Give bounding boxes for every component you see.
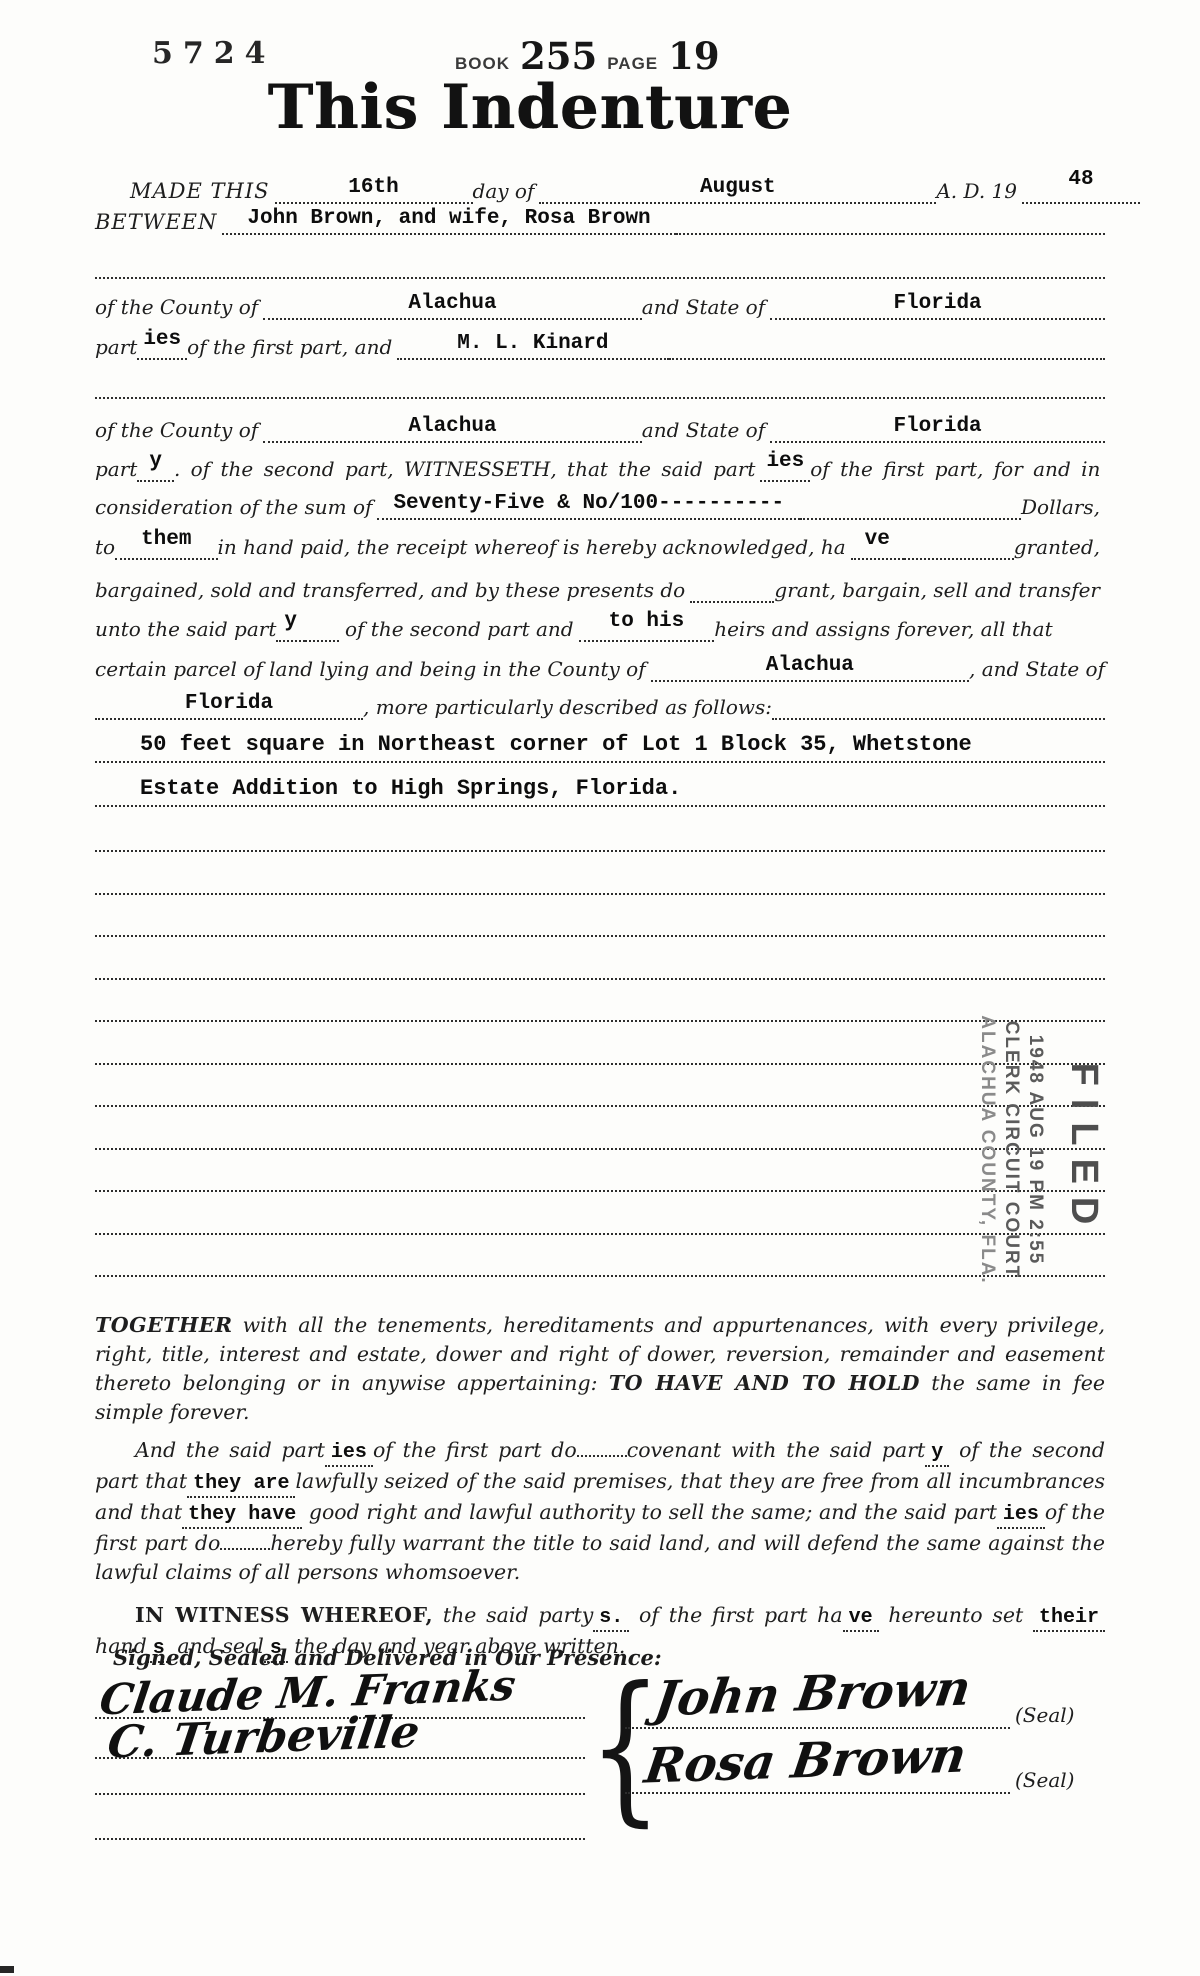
and-state-of-label: and State of <box>642 418 770 443</box>
grant-label: grant, bargain, sell and transfer <box>774 578 1105 603</box>
bargained-line: bargained, sold and transferred, and by … <box>95 567 1105 603</box>
consideration-label: consideration of the sum of <box>95 495 377 520</box>
deed-document-page: 5724 BOOK 255 PAGE 19 This Indenture MAD… <box>0 0 1200 1976</box>
ha-ve-fill: ve <box>843 1606 879 1632</box>
witnesseth-label: . of the second part, WITNESSETH, that t… <box>174 457 761 482</box>
blank-dotted-line <box>95 397 1105 399</box>
county-of-label: of the County of <box>95 418 263 443</box>
ies-fill: ies <box>997 1503 1045 1529</box>
state3-fill: Florida <box>95 692 363 720</box>
parcel-line: certain parcel of land lying and being i… <box>95 646 1105 682</box>
between-line: BETWEEN John Brown, and wife, Rosa Brown <box>95 199 1105 235</box>
blank-dotted-line <box>95 850 1105 852</box>
seal-label-1: (Seal) <box>1015 1703 1074 1727</box>
to-have-and-to-hold-word: TO HAVE AND TO HOLD <box>609 1371 920 1395</box>
stamp-datetime: 1948 AUG 19 PM 2:55 <box>1024 1000 1046 1300</box>
county-state-line-2: of the County of Alachua and State of Fl… <box>95 407 1105 443</box>
description-text-1: 50 feet square in Northeast corner of Lo… <box>95 732 1105 763</box>
y-fill: y <box>925 1441 949 1467</box>
dotted-rule <box>669 346 1106 360</box>
amount-fill: Seventy-Five & No/100---------- <box>377 492 800 520</box>
county-state-line-1: of the County of Alachua and State of Fl… <box>95 284 1105 320</box>
document-title: This Indenture <box>0 72 1060 143</box>
together-word: TOGETHER <box>95 1313 233 1337</box>
filing-stamp: FILED 1948 AUG 19 PM 2:55 CLERK CIRCUIT … <box>895 1000 1105 1300</box>
book-label: BOOK <box>455 54 510 74</box>
them-fill: them <box>115 532 217 560</box>
between-label: BETWEEN <box>95 210 222 235</box>
in-witness-whereof-word: IN WITNESS WHEREOF, <box>135 1603 433 1627</box>
to-label: to <box>95 535 115 560</box>
dotted-gap <box>220 1536 270 1550</box>
witness-text: of the first part ha <box>629 1603 842 1627</box>
heirs-label: heirs and assigns forever, all that <box>714 617 1057 642</box>
first-part-grantee-line: part ies of the first part, and M. L. Ki… <box>95 324 1105 360</box>
together-paragraph: TOGETHER with all the tenements, heredit… <box>95 1311 1105 1427</box>
described-label: , more particularly described as follows… <box>363 695 772 720</box>
consideration-line: consideration of the sum of Seventy-Five… <box>95 484 1105 520</box>
part-label: part <box>95 335 137 360</box>
second-part-and-label: of the second part and <box>339 617 579 642</box>
covenant-text: of the first part do <box>373 1438 577 1462</box>
witnesseth-line: part y . of the second part, WITNESSETH,… <box>95 446 1105 482</box>
dotted-rule <box>690 589 774 603</box>
covenant-text: good right and lawful authority to sell … <box>302 1500 997 1524</box>
ies-fill: ies <box>325 1441 373 1467</box>
dotted-rule <box>676 221 1105 235</box>
document-number: 5724 <box>152 36 276 71</box>
unto-line: unto the said part y of the second part … <box>95 606 1105 642</box>
dotted-gap <box>577 1443 627 1457</box>
part-label: part <box>95 457 137 482</box>
witness-signature-line-4 <box>95 1838 585 1840</box>
state2-fill: Florida <box>770 415 1105 443</box>
witness-signature-line-3 <box>95 1793 585 1795</box>
description-line-1: 50 feet square in Northeast corner of Lo… <box>95 727 1105 763</box>
and-state-of-label: and State of <box>642 295 770 320</box>
they-are-fill: they are <box>187 1472 295 1498</box>
state-described-line: Florida , more particularly described as… <box>95 684 1105 720</box>
stamp-clerk-text: CLERK CIRCUIT COURT <box>1000 1000 1022 1300</box>
page-label: PAGE <box>607 54 658 74</box>
part-ies-fill: ies <box>760 454 810 482</box>
description-line-2: Estate Addition to High Springs, Florida… <box>95 771 1105 807</box>
state1-fill: Florida <box>770 292 1105 320</box>
blank-dotted-line <box>95 935 1105 937</box>
in-hand-label: in hand paid, the receipt whereof is her… <box>218 535 851 560</box>
blank-dotted-line <box>95 978 1105 980</box>
dotted-rule <box>800 506 1021 520</box>
first-part-and-label: of the first part, and <box>187 335 397 360</box>
their-fill: their <box>1033 1606 1105 1632</box>
part-y-fill: y <box>137 454 174 482</box>
covenant-paragraph: And the said partiesof the first part do… <box>95 1436 1105 1587</box>
witness-signature-2: C. Turbeville <box>104 1706 422 1768</box>
part-ies-fill: ies <box>137 332 187 360</box>
stamp-county-text: ALACHUA COUNTY, FLA. <box>976 1000 998 1300</box>
covenant-text: And the said part <box>135 1438 325 1462</box>
grantor-signature-1: John Brown <box>651 1660 974 1727</box>
county1-fill: Alachua <box>263 292 642 320</box>
county2-fill: Alachua <box>263 415 642 443</box>
covenant-text: covenant with the said part <box>627 1438 926 1462</box>
grantee-fill: M. L. Kinard <box>397 332 668 360</box>
they-have-fill: they have <box>182 1503 302 1529</box>
party-s-fill: s. <box>593 1606 629 1632</box>
first-part-for-label: of the first part, for and in <box>810 457 1105 482</box>
parcel-label: certain parcel of land lying and being i… <box>95 657 651 682</box>
seal-label-2: (Seal) <box>1015 1768 1074 1792</box>
grantor-signature-2: Rosa Brown <box>641 1727 970 1795</box>
blank-dotted-line <box>95 893 1105 895</box>
to-his-fill: to his <box>579 614 715 642</box>
witness-text: the said party <box>433 1603 593 1627</box>
and-state-label: , and State of <box>969 657 1105 682</box>
scan-edge-artifact <box>0 1966 14 1973</box>
unto-y-fill: y <box>276 614 305 642</box>
county3-fill: Alachua <box>651 654 969 682</box>
bargained-label: bargained, sold and transferred, and by … <box>95 578 690 603</box>
in-hand-paid-line: to them in hand paid, the receipt whereo… <box>95 524 1105 560</box>
dotted-rule <box>305 628 339 642</box>
dotted-rule <box>904 546 1014 560</box>
blank-dotted-line <box>95 277 1105 279</box>
dollars-label: Dollars, <box>1021 495 1105 520</box>
county-of-label: of the County of <box>95 295 263 320</box>
grantors-fill: John Brown, and wife, Rosa Brown <box>222 207 675 235</box>
unto-label: unto the said part <box>95 617 276 642</box>
granted-label: granted, <box>1014 535 1105 560</box>
have-fill: ve <box>851 532 904 560</box>
witness-text: hereunto set <box>879 1603 1024 1627</box>
closing-paragraphs: TOGETHER with all the tenements, heredit… <box>95 1311 1105 1672</box>
description-text-2: Estate Addition to High Springs, Florida… <box>95 776 1105 807</box>
dotted-rule <box>772 706 1105 720</box>
filed-stamp-text: FILED <box>1062 1000 1105 1300</box>
